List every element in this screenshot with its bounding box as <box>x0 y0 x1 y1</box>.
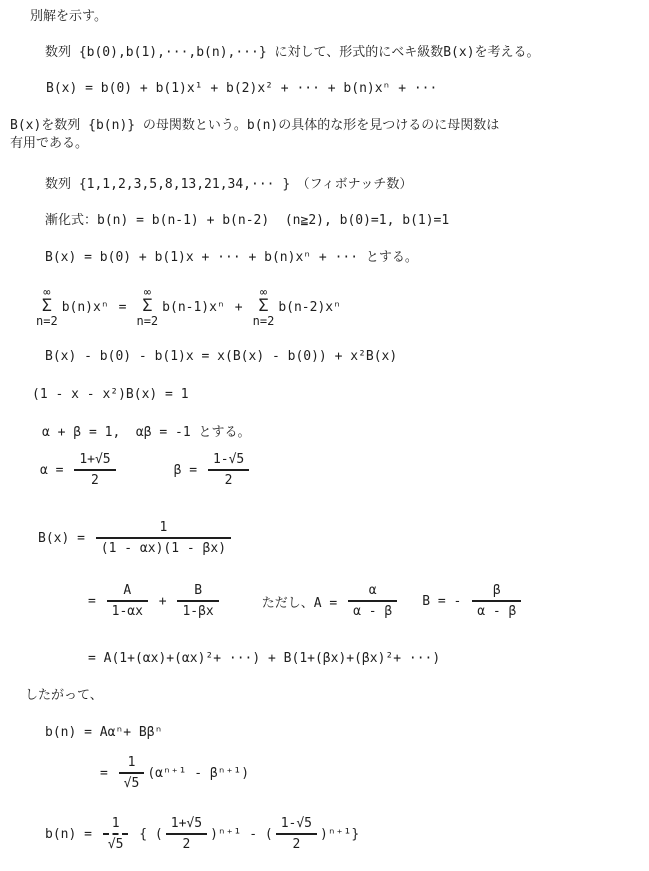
fraction-denominator: 2 <box>276 833 317 852</box>
bx-lhs: B(x) = <box>38 531 93 546</box>
conjugate-ratio-fraction: 1-√5 2 <box>276 816 317 852</box>
plus-sign: + <box>235 300 243 315</box>
fraction-a-denominator: 1-αx <box>107 600 148 619</box>
tadashi-a-lhs: ただし、A = <box>262 592 345 611</box>
beta-lhs: β = <box>174 463 205 478</box>
bx-numerator: 1 <box>155 520 173 537</box>
fraction-b-denominator: 1-βx <box>177 600 218 619</box>
sigma-sum-1: ∞ Σ n=2 <box>36 286 58 328</box>
factored-equation-line: (1 - x - x²)B(x) = 1 <box>32 386 189 404</box>
series-setup-line: B(x) = b(0) + b(1)x + ··· + b(n)xⁿ + ···… <box>45 249 418 267</box>
sum-lower-bound: n=2 <box>253 314 275 328</box>
sigma-icon: Σ <box>142 298 152 314</box>
coefficient-a-denominator: α - β <box>348 600 397 619</box>
sigma-sum-2: ∞ Σ n=2 <box>136 286 158 328</box>
beta-denominator: 2 <box>208 469 249 488</box>
fraction-numerator: 1-√5 <box>276 816 317 833</box>
exponent-n-plus-1-brace-close: )ⁿ⁺¹} <box>320 827 359 842</box>
sigma-sum-3: ∞ Σ n=2 <box>253 286 275 328</box>
sigma-icon: Σ <box>258 298 268 314</box>
bn-general-term-line: b(n) = Aαⁿ+ Bβⁿ <box>45 724 162 742</box>
therefore-line: したがって、 <box>25 687 103 705</box>
bx-fraction: 1 (1 - αx)(1 - βx) <box>96 520 231 556</box>
coefficient-b-numerator: β <box>488 583 506 600</box>
brace-open: { ( <box>131 827 162 842</box>
golden-ratio-fraction: 1+√5 2 <box>166 816 207 852</box>
sum-term-1: b(n)xⁿ <box>62 300 109 315</box>
alpha-numerator: 1+√5 <box>74 452 115 469</box>
coefficient-a-fraction: α α - β <box>348 583 397 619</box>
fraction-b: B 1-βx <box>177 583 218 619</box>
fraction-denominator: 2 <box>166 833 207 852</box>
sum-term-2: b(n-1)xⁿ <box>162 300 225 315</box>
power-series-formula: B(x) = b(0) + b(1)x¹ + b(2)x² + ··· + b(… <box>46 80 437 98</box>
bx-closed-form: B(x) = 1 (1 - αx)(1 - βx) <box>38 520 234 556</box>
sum-term-3: b(n-2)xⁿ <box>278 300 341 315</box>
fraction-denominator: √5 <box>119 772 145 791</box>
paren-open: ( <box>265 827 273 842</box>
functional-equation-line: B(x) - b(0) - b(1)x = x(B(x) - b(0)) + x… <box>45 348 397 366</box>
coefficient-b-lhs: B = - <box>422 594 469 609</box>
equals-sign: = <box>100 766 116 781</box>
bn-lhs: b(n) = <box>45 827 100 842</box>
fraction-numerator: 1 <box>107 816 125 833</box>
equals-sign: = <box>119 300 127 315</box>
alpha-beta-powers: (αⁿ⁺¹ - βⁿ⁺¹) <box>147 766 249 781</box>
fraction-a: A 1-αx <box>107 583 148 619</box>
sigma-icon: Σ <box>42 298 52 314</box>
coefficient-b-denominator: α - β <box>472 600 521 619</box>
coefficient-a-numerator: α <box>364 583 382 600</box>
summation-equation: ∞ Σ n=2 b(n)xⁿ = ∞ Σ n=2 b(n-1)xⁿ + ∞ Σ … <box>36 286 341 328</box>
alpha-beta-conditions-line: α + β = 1, αβ = -1 とする。 <box>42 424 251 442</box>
generating-function-paragraph-line2: 有用である。 <box>10 135 88 153</box>
fraction-b-numerator: B <box>189 583 207 600</box>
geometric-expansion-line: = A(1+(αx)+(αx)²+ ···) + B(1+(βx)+(βx)²+… <box>88 650 440 668</box>
equals-sign: = <box>88 594 104 609</box>
one-over-sqrt5-fraction: 1 √5 <box>103 816 129 852</box>
alpha-fraction: 1+√5 2 <box>74 452 115 488</box>
intro-line: 別解を示す。 <box>30 8 107 26</box>
bx-denominator: (1 - αx)(1 - βx) <box>96 537 231 556</box>
fibonacci-sequence-line: 数列 {1,1,2,3,5,8,13,21,34,··· } （フィボナッチ数） <box>45 176 412 194</box>
alpha-denominator: 2 <box>74 469 115 488</box>
coefficient-b-fraction: β α - β <box>472 583 521 619</box>
minus-sign: - <box>241 827 264 842</box>
alpha-lhs: α = <box>40 463 71 478</box>
fraction-a-numerator: A <box>118 583 136 600</box>
binet-intermediate-line: = 1 √5 (αⁿ⁺¹ - βⁿ⁺¹) <box>100 755 249 791</box>
binet-formula-line: b(n) = 1 √5 { ( 1+√5 2 )ⁿ⁺¹ - ( 1-√5 2 )… <box>45 816 359 852</box>
sequence-definition-line: 数列 {b(0),b(1),···,b(n),···} に対して、形式的にベキ級… <box>45 44 540 62</box>
fraction-numerator: 1+√5 <box>166 816 207 833</box>
plus-sign: + <box>151 594 174 609</box>
alpha-beta-values: α = 1+√5 2 β = 1-√5 2 <box>40 452 252 488</box>
one-over-sqrt5-fraction: 1 √5 <box>119 755 145 791</box>
beta-fraction: 1-√5 2 <box>208 452 249 488</box>
partial-fractions-line: = A 1-αx + B 1-βx ただし、A = α α - β B = - … <box>88 583 524 619</box>
exponent-n-plus-1: )ⁿ⁺¹ <box>210 827 241 842</box>
generating-function-paragraph-line1: B(x)を数列 {b(n)} の母関数という。b(n)の具体的な形を見つけるのに… <box>10 117 499 135</box>
beta-numerator: 1-√5 <box>208 452 249 469</box>
sum-lower-bound: n=2 <box>136 314 158 328</box>
sum-lower-bound: n=2 <box>36 314 58 328</box>
fraction-denominator: √5 <box>103 833 129 852</box>
fraction-numerator: 1 <box>123 755 141 772</box>
recurrence-relation-line: 漸化式：b(n) = b(n-1) + b(n-2) (n≧2), b(0)=1… <box>45 212 449 230</box>
document-page: 別解を示す。 数列 {b(0),b(1),···,b(n),···} に対して、… <box>0 0 649 871</box>
